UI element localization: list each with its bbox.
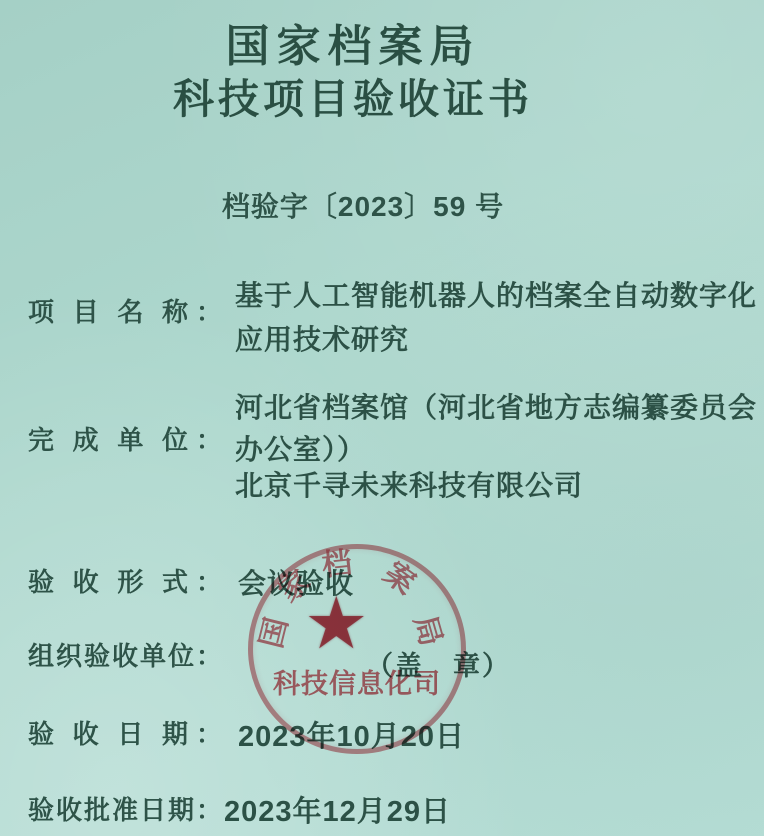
field-label-text: 项目名称 bbox=[28, 292, 188, 329]
certificate-issuer-title: 国家档案局 bbox=[0, 10, 706, 74]
field-label-project-name: 项目名称 ： bbox=[28, 292, 222, 329]
field-label-acceptance-form: 验收形式 ： bbox=[28, 562, 222, 599]
project-name-line2: 应用技术研究 bbox=[235, 318, 409, 358]
field-label-acceptance-date: 验收日期 ： bbox=[28, 714, 222, 751]
document-number: 档验字〔2023〕59 号 bbox=[0, 185, 726, 225]
seal-arc-char: 案 bbox=[378, 558, 420, 600]
field-label-colon: ： bbox=[196, 292, 222, 329]
field-label-colon: ： bbox=[196, 714, 222, 751]
field-label-text: 完成单位 bbox=[28, 420, 188, 457]
completing-unit-line3: 北京千寻未来科技有限公司 bbox=[235, 464, 583, 504]
field-label-completing-units: 完成单位 ： bbox=[28, 420, 222, 457]
field-label-colon: ： bbox=[196, 420, 222, 457]
seal-here-note: （盖 章） bbox=[366, 644, 511, 683]
field-label-text: 验收日期 bbox=[28, 714, 188, 751]
certificate-page: 国家档案局 科技项目验收证书 档验字〔2023〕59 号 项目名称 ： 基于人工… bbox=[0, 0, 764, 836]
field-label-colon: ： bbox=[196, 562, 222, 599]
field-label-text: 验收批准日期 bbox=[28, 790, 194, 827]
field-label-colon: ： bbox=[196, 790, 222, 827]
field-label-approval-date: 验收批准日期 ： bbox=[28, 790, 222, 827]
field-label-colon: ： bbox=[196, 636, 222, 673]
approval-date-value: 2023年12月29日 bbox=[224, 789, 451, 830]
field-label-text: 验收形式 bbox=[28, 562, 188, 599]
certificate-title: 科技项目验收证书 bbox=[0, 66, 706, 125]
completing-unit-line2: 办公室）） bbox=[235, 428, 366, 468]
acceptance-form-value: 会议验收 bbox=[238, 562, 354, 602]
project-name-line1: 基于人工智能机器人的档案全自动数字化 bbox=[235, 274, 757, 314]
acceptance-date-value: 2023年10月20日 bbox=[238, 714, 465, 755]
field-label-organizing-unit: 组织验收单位 ： bbox=[28, 636, 222, 673]
completing-unit-line1: 河北省档案馆（河北省地方志编纂委员会 bbox=[235, 386, 757, 426]
seal-arc-char: 国 bbox=[257, 615, 293, 651]
field-label-text: 组织验收单位 bbox=[28, 636, 194, 673]
